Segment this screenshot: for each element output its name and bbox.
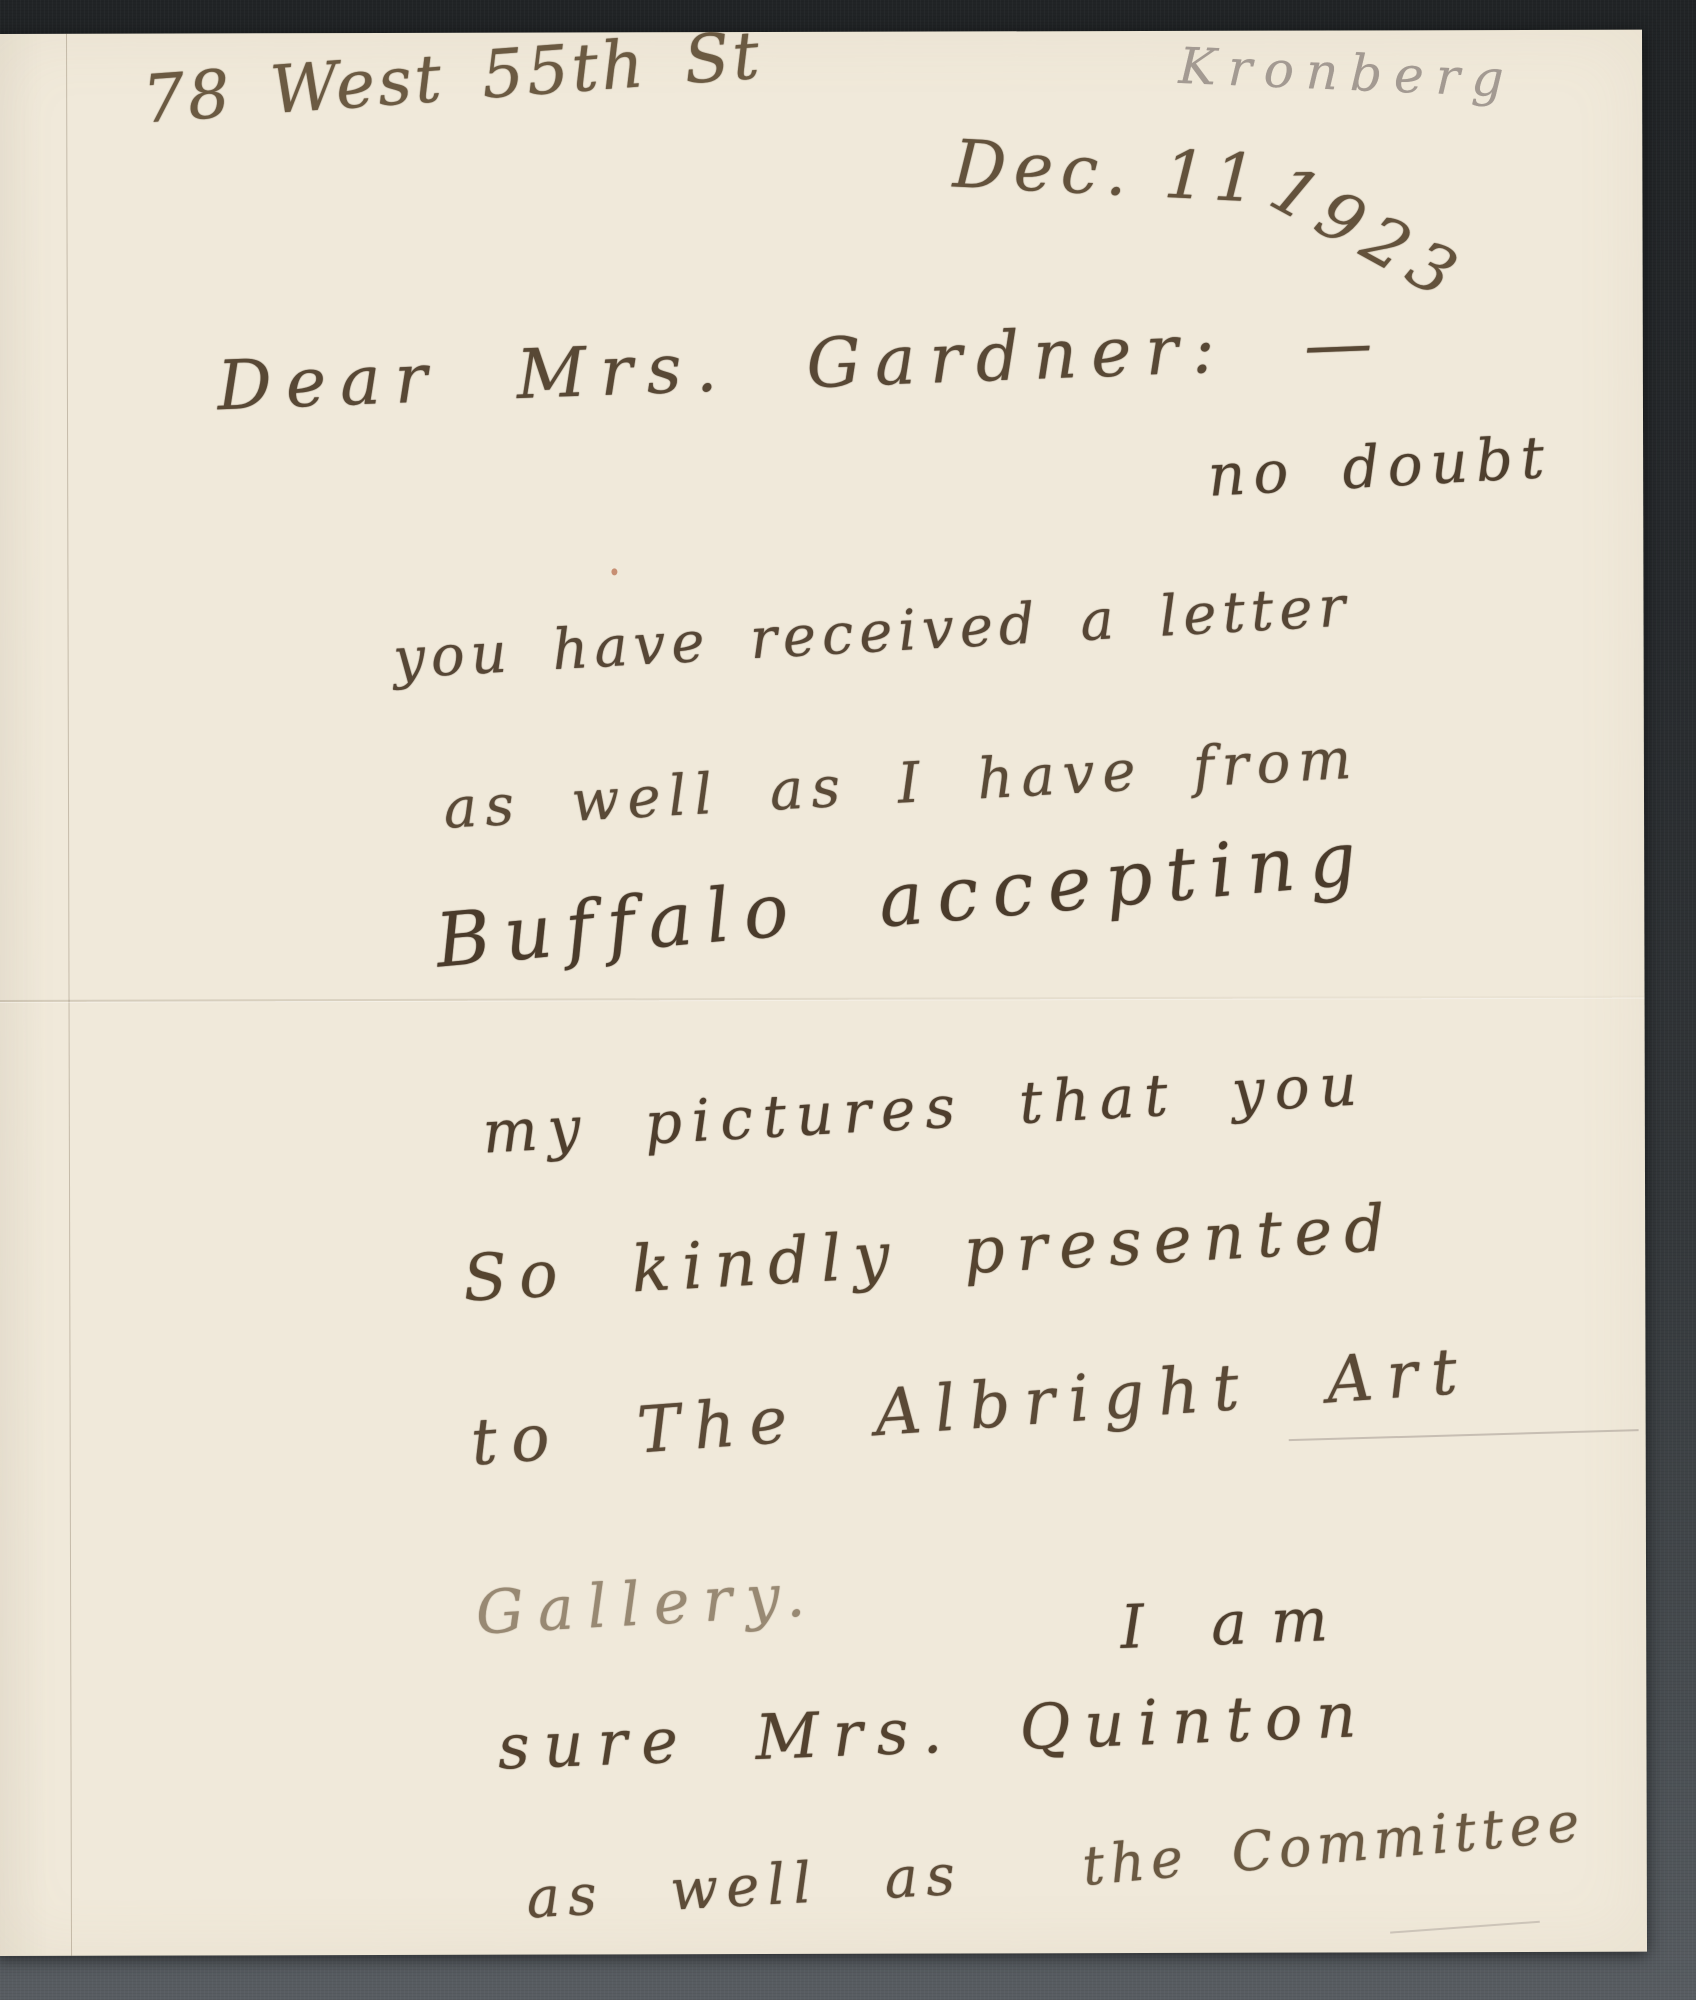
body-line-as-well-as: as well as [525, 1843, 965, 1932]
address-line: 78 West 55th St [140, 17, 765, 139]
letter-paper: 78 West 55th St Kronberg Dec. 11 1923 De… [0, 30, 1647, 1956]
body-line-i-am: I am [1119, 1584, 1353, 1663]
horizontal-fold-crease [0, 996, 1645, 1002]
pencil-scuff-mark [1390, 1921, 1540, 1934]
salutation-line: Dear Mrs. Gardner: — [216, 304, 1388, 427]
body-line-buffalo-accepting: Buffalo accepting [432, 815, 1373, 985]
body-line-mrs-quinton: sure Mrs. Quinton [496, 1678, 1371, 1784]
vertical-fold-crease [0, 34, 72, 1956]
photo-backdrop: 78 West 55th St Kronberg Dec. 11 1923 De… [0, 0, 1696, 2000]
body-line-received-letter: you have received a letter [392, 574, 1353, 692]
date-month-day: Dec. 11 [951, 125, 1265, 217]
body-line-so-kindly-presented: So kindly presented [461, 1191, 1399, 1316]
body-line-my-pictures: my pictures that you [481, 1050, 1369, 1167]
body-line-albright-art: to The Albright Art [469, 1334, 1474, 1480]
date-year: 1923 [1258, 150, 1477, 318]
body-line-no-doubt: no doubt [1206, 423, 1554, 510]
body-line-as-well-as-i-have: as well as I have from [442, 726, 1361, 841]
stray-pencil-stroke [1289, 1429, 1639, 1441]
date-line: Dec. 11 1923 [951, 125, 1502, 229]
body-line-gallery: Gallery. [474, 1560, 821, 1649]
ink-speck [611, 568, 617, 575]
pencil-annotation-kronberg: Kronberg [1178, 37, 1517, 109]
body-line-the-committee: the Committee [1080, 1790, 1588, 1898]
